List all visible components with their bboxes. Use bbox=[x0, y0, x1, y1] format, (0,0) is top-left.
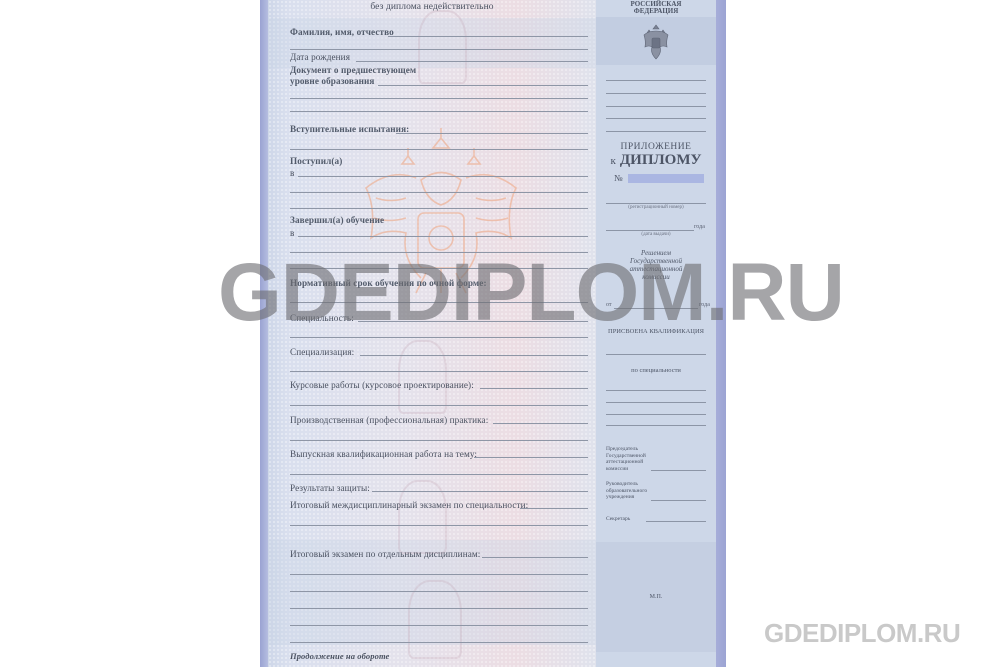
input-line[interactable] bbox=[290, 642, 588, 643]
input-line-enrolled[interactable] bbox=[298, 176, 588, 177]
label-prev-doc-2: уровне образования bbox=[290, 76, 375, 86]
input-line-birth-date[interactable] bbox=[356, 61, 588, 62]
input-line[interactable] bbox=[290, 405, 588, 406]
reg-number-caption: (регистрационный номер) bbox=[596, 205, 716, 210]
country-line2: ФЕДЕРАЦИЯ bbox=[596, 7, 716, 15]
input-line[interactable] bbox=[290, 149, 588, 150]
input-line[interactable] bbox=[290, 608, 588, 609]
input-line-thesis[interactable] bbox=[474, 457, 588, 458]
input-line-full-name[interactable] bbox=[388, 36, 588, 37]
input-line[interactable] bbox=[290, 49, 588, 50]
by-specialty: по специальности bbox=[596, 367, 716, 374]
year-suffix: года bbox=[694, 224, 705, 230]
head-label: Руководитель образовательного учреждения bbox=[606, 481, 647, 501]
input-line[interactable] bbox=[290, 111, 588, 112]
input-line[interactable] bbox=[290, 192, 588, 193]
label-prev-doc-1: Документ о предшествующем bbox=[290, 65, 416, 75]
input-line[interactable] bbox=[290, 474, 588, 475]
input-line-prev-doc[interactable] bbox=[378, 85, 588, 86]
input-line[interactable] bbox=[606, 106, 706, 107]
input-line[interactable] bbox=[606, 414, 706, 415]
label-defense-results: Результаты защиты: bbox=[290, 483, 370, 493]
issue-date-caption: (дата выдачи) bbox=[596, 232, 716, 237]
input-line-defense-results[interactable] bbox=[372, 491, 588, 492]
label-final-exams-disciplines: Итоговый экзамен по отдельным дисциплина… bbox=[290, 549, 480, 559]
input-line[interactable] bbox=[606, 402, 706, 403]
label-final-interdisc-exam: Итоговый междисциплинарный экзамен по сп… bbox=[290, 500, 528, 510]
input-line[interactable] bbox=[606, 80, 706, 81]
label-enrolled: Поступил(а) bbox=[290, 156, 342, 166]
input-line[interactable] bbox=[606, 425, 706, 426]
chairman-label: Председатель Государственной аттестацион… bbox=[606, 446, 646, 472]
title-main: к ДИПЛОМУ bbox=[596, 151, 716, 169]
label-completed-in: в bbox=[290, 228, 294, 238]
input-line-qualification[interactable] bbox=[606, 354, 706, 355]
input-line[interactable] bbox=[290, 371, 588, 372]
label-practice: Производственная (профессиональная) прак… bbox=[290, 415, 488, 425]
input-line-course-works[interactable] bbox=[480, 388, 588, 389]
label-course-works: Курсовые работы (курсовое проектирование… bbox=[290, 380, 474, 390]
input-line[interactable] bbox=[606, 390, 706, 391]
input-line[interactable] bbox=[606, 93, 706, 94]
russian-coat-of-arms-icon bbox=[641, 23, 671, 61]
input-line-reg-number[interactable] bbox=[606, 203, 706, 204]
label-enrolled-in: в bbox=[290, 168, 294, 178]
input-line[interactable] bbox=[290, 625, 588, 626]
rf-watermark-icon bbox=[418, 10, 467, 84]
input-line-completed[interactable] bbox=[298, 236, 588, 237]
input-line[interactable] bbox=[290, 525, 588, 526]
input-line-entrance-exams[interactable] bbox=[396, 133, 588, 134]
input-line[interactable] bbox=[290, 98, 588, 99]
secretary-label: Секретарь bbox=[606, 516, 630, 522]
input-line-final-exams[interactable] bbox=[482, 557, 588, 558]
watermark-corner: GDEDIPLOM.RU bbox=[764, 618, 960, 649]
input-line-specialization[interactable] bbox=[360, 355, 588, 356]
signature-line-chairman[interactable] bbox=[651, 470, 706, 471]
label-entrance-exams: Вступительные испытания: bbox=[290, 124, 409, 134]
input-line[interactable] bbox=[290, 440, 588, 441]
input-line-issue-date[interactable] bbox=[606, 230, 694, 231]
continued-note: Продолжение на обороте bbox=[290, 651, 389, 661]
input-line[interactable] bbox=[606, 131, 706, 132]
input-line-final-interdisc-exam[interactable] bbox=[520, 508, 588, 509]
input-line-practice[interactable] bbox=[493, 423, 588, 424]
signature-line-secretary[interactable] bbox=[646, 521, 706, 522]
header-note: без диплома недействительно bbox=[268, 2, 596, 12]
number-sign: № bbox=[614, 173, 623, 183]
rf-watermark-icon bbox=[398, 340, 447, 414]
input-line[interactable] bbox=[606, 118, 706, 119]
label-specialization: Специализация: bbox=[290, 347, 354, 357]
input-line[interactable] bbox=[290, 574, 588, 575]
input-line[interactable] bbox=[290, 591, 588, 592]
seal-place: М.П. bbox=[596, 594, 716, 600]
registration-number-redacted bbox=[628, 174, 704, 183]
label-completed: Завершил(а) обучение bbox=[290, 215, 384, 225]
label-thesis: Выпускная квалификационная работа на тем… bbox=[290, 449, 477, 459]
watermark-center: GDEDIPLOM.RU bbox=[218, 252, 844, 334]
input-line[interactable] bbox=[290, 208, 588, 209]
signature-line-head[interactable] bbox=[651, 500, 706, 501]
label-birth-date: Дата рождения bbox=[290, 52, 350, 62]
label-full-name: Фамилия, имя, отчество bbox=[290, 27, 394, 37]
